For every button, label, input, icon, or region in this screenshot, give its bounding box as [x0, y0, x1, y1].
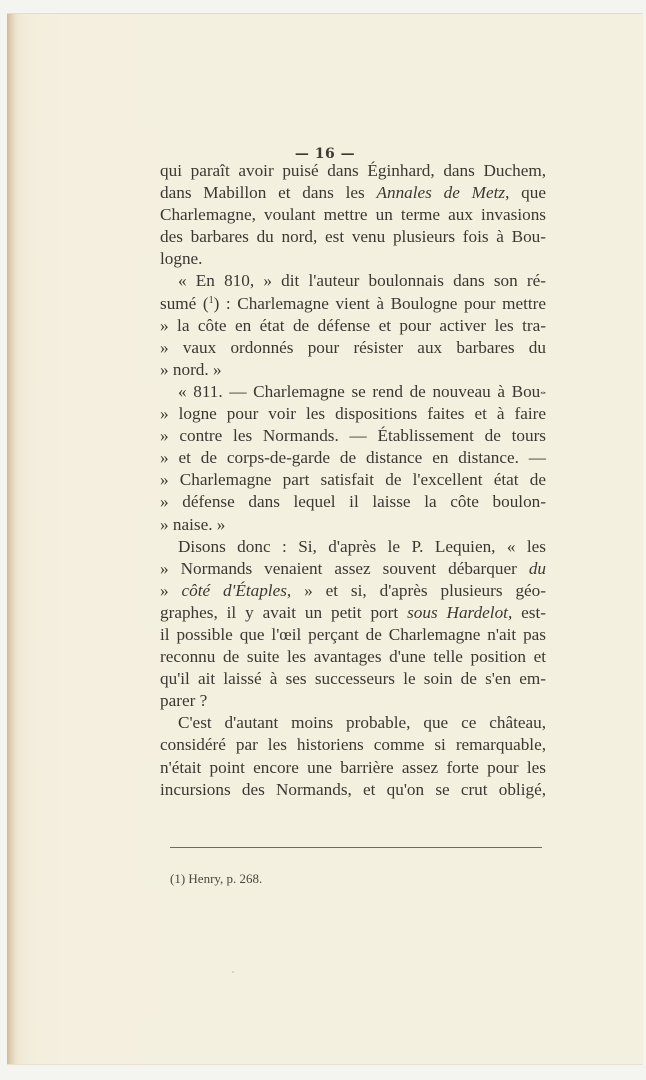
- text-line: reconnu de suite les avantages d'une tel…: [160, 646, 546, 668]
- paper-speck: [542, 391, 544, 393]
- body-text: qui paraît avoir puisé dans Éginhard, da…: [160, 160, 546, 801]
- text-line: » la côte en état de défense et pour act…: [160, 315, 546, 337]
- scan-background: — 16 — qui paraît avoir puisé dans Éginh…: [0, 0, 646, 1080]
- text-line: des barbares du nord, est venu plusieurs…: [160, 226, 546, 248]
- text-line: sumé (1) : Charlemagne vient à Boulogne …: [160, 293, 546, 315]
- text-line: incursions des Normands, et qu'on se cru…: [160, 779, 546, 801]
- text-line: Charlemagne, voulant mettre un terme aux…: [160, 204, 546, 226]
- text-line: » et de corps-de-garde de distance en di…: [160, 447, 546, 469]
- text-line: » nord. »: [160, 359, 546, 381]
- text-line: graphes, il y avait un petit port sous H…: [160, 602, 546, 624]
- book-page: — 16 — qui paraît avoir puisé dans Éginh…: [7, 13, 643, 1065]
- text-line: C'est d'autant moins probable, que ce ch…: [160, 712, 546, 734]
- text-line: » logne pour voir les dispositions faite…: [160, 403, 546, 425]
- text-line: parer ?: [160, 690, 546, 712]
- text-line: » vaux ordonnés pour résister aux barbar…: [160, 337, 546, 359]
- text-line: « En 810, » dit l'auteur boulonnais dans…: [160, 270, 546, 292]
- text-line: » Charlemagne part satisfait de l'excell…: [160, 469, 546, 491]
- text-line: qui paraît avoir puisé dans Éginhard, da…: [160, 160, 546, 182]
- text-line: Disons donc : Si, d'après le P. Lequien,…: [160, 536, 546, 558]
- text-line: considéré par les historiens comme si re…: [160, 734, 546, 756]
- paper-speck: [232, 971, 234, 973]
- text-line: » défense dans lequel il laisse la côte …: [160, 491, 546, 513]
- text-line: il possible que l'œil perçant de Charlem…: [160, 624, 546, 646]
- text-line: logne.: [160, 248, 546, 270]
- text-line: » contre les Normands. — Établissement d…: [160, 425, 546, 447]
- text-line: » naise. »: [160, 514, 546, 536]
- text-line: » côté d'Étaples, » et si, d'après plusi…: [160, 580, 546, 602]
- text-line: qu'il ait laissé à ses successeurs le so…: [160, 668, 546, 690]
- footnote: (1) Henry, p. 268.: [170, 871, 262, 887]
- text-line: dans Mabillon et dans les Annales de Met…: [160, 182, 546, 204]
- text-line: n'était point encore une barrière assez …: [160, 757, 546, 779]
- text-line: » Normands venaient assez souvent débarq…: [160, 558, 546, 580]
- footnote-divider: [170, 847, 542, 848]
- text-line: « 811. — Charlemagne se rend de nouveau …: [160, 381, 546, 403]
